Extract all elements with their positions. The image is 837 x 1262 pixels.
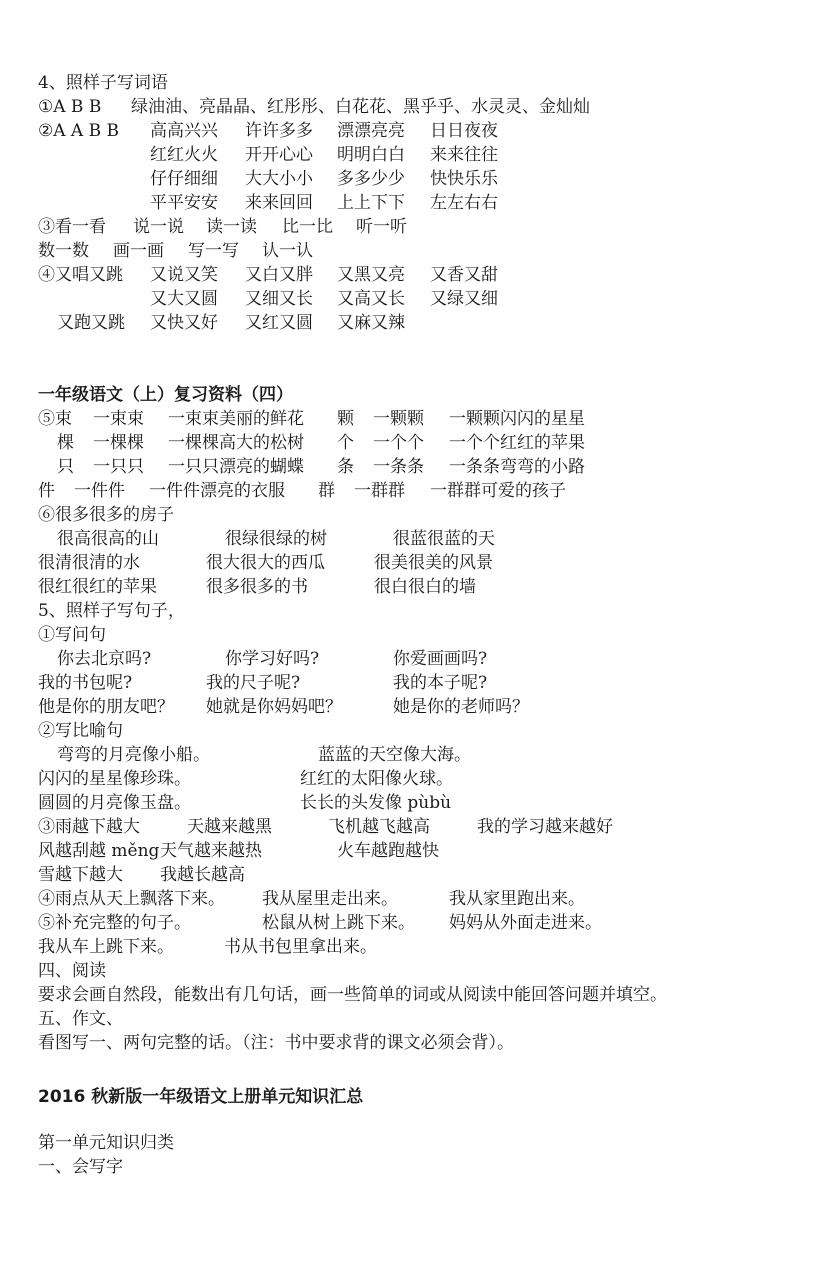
document-page: 4、照样子写词语 ①A B B 绿油油、亮晶晶、红彤彤、白花花、黑乎乎、水灵灵、…	[0, 0, 837, 1262]
